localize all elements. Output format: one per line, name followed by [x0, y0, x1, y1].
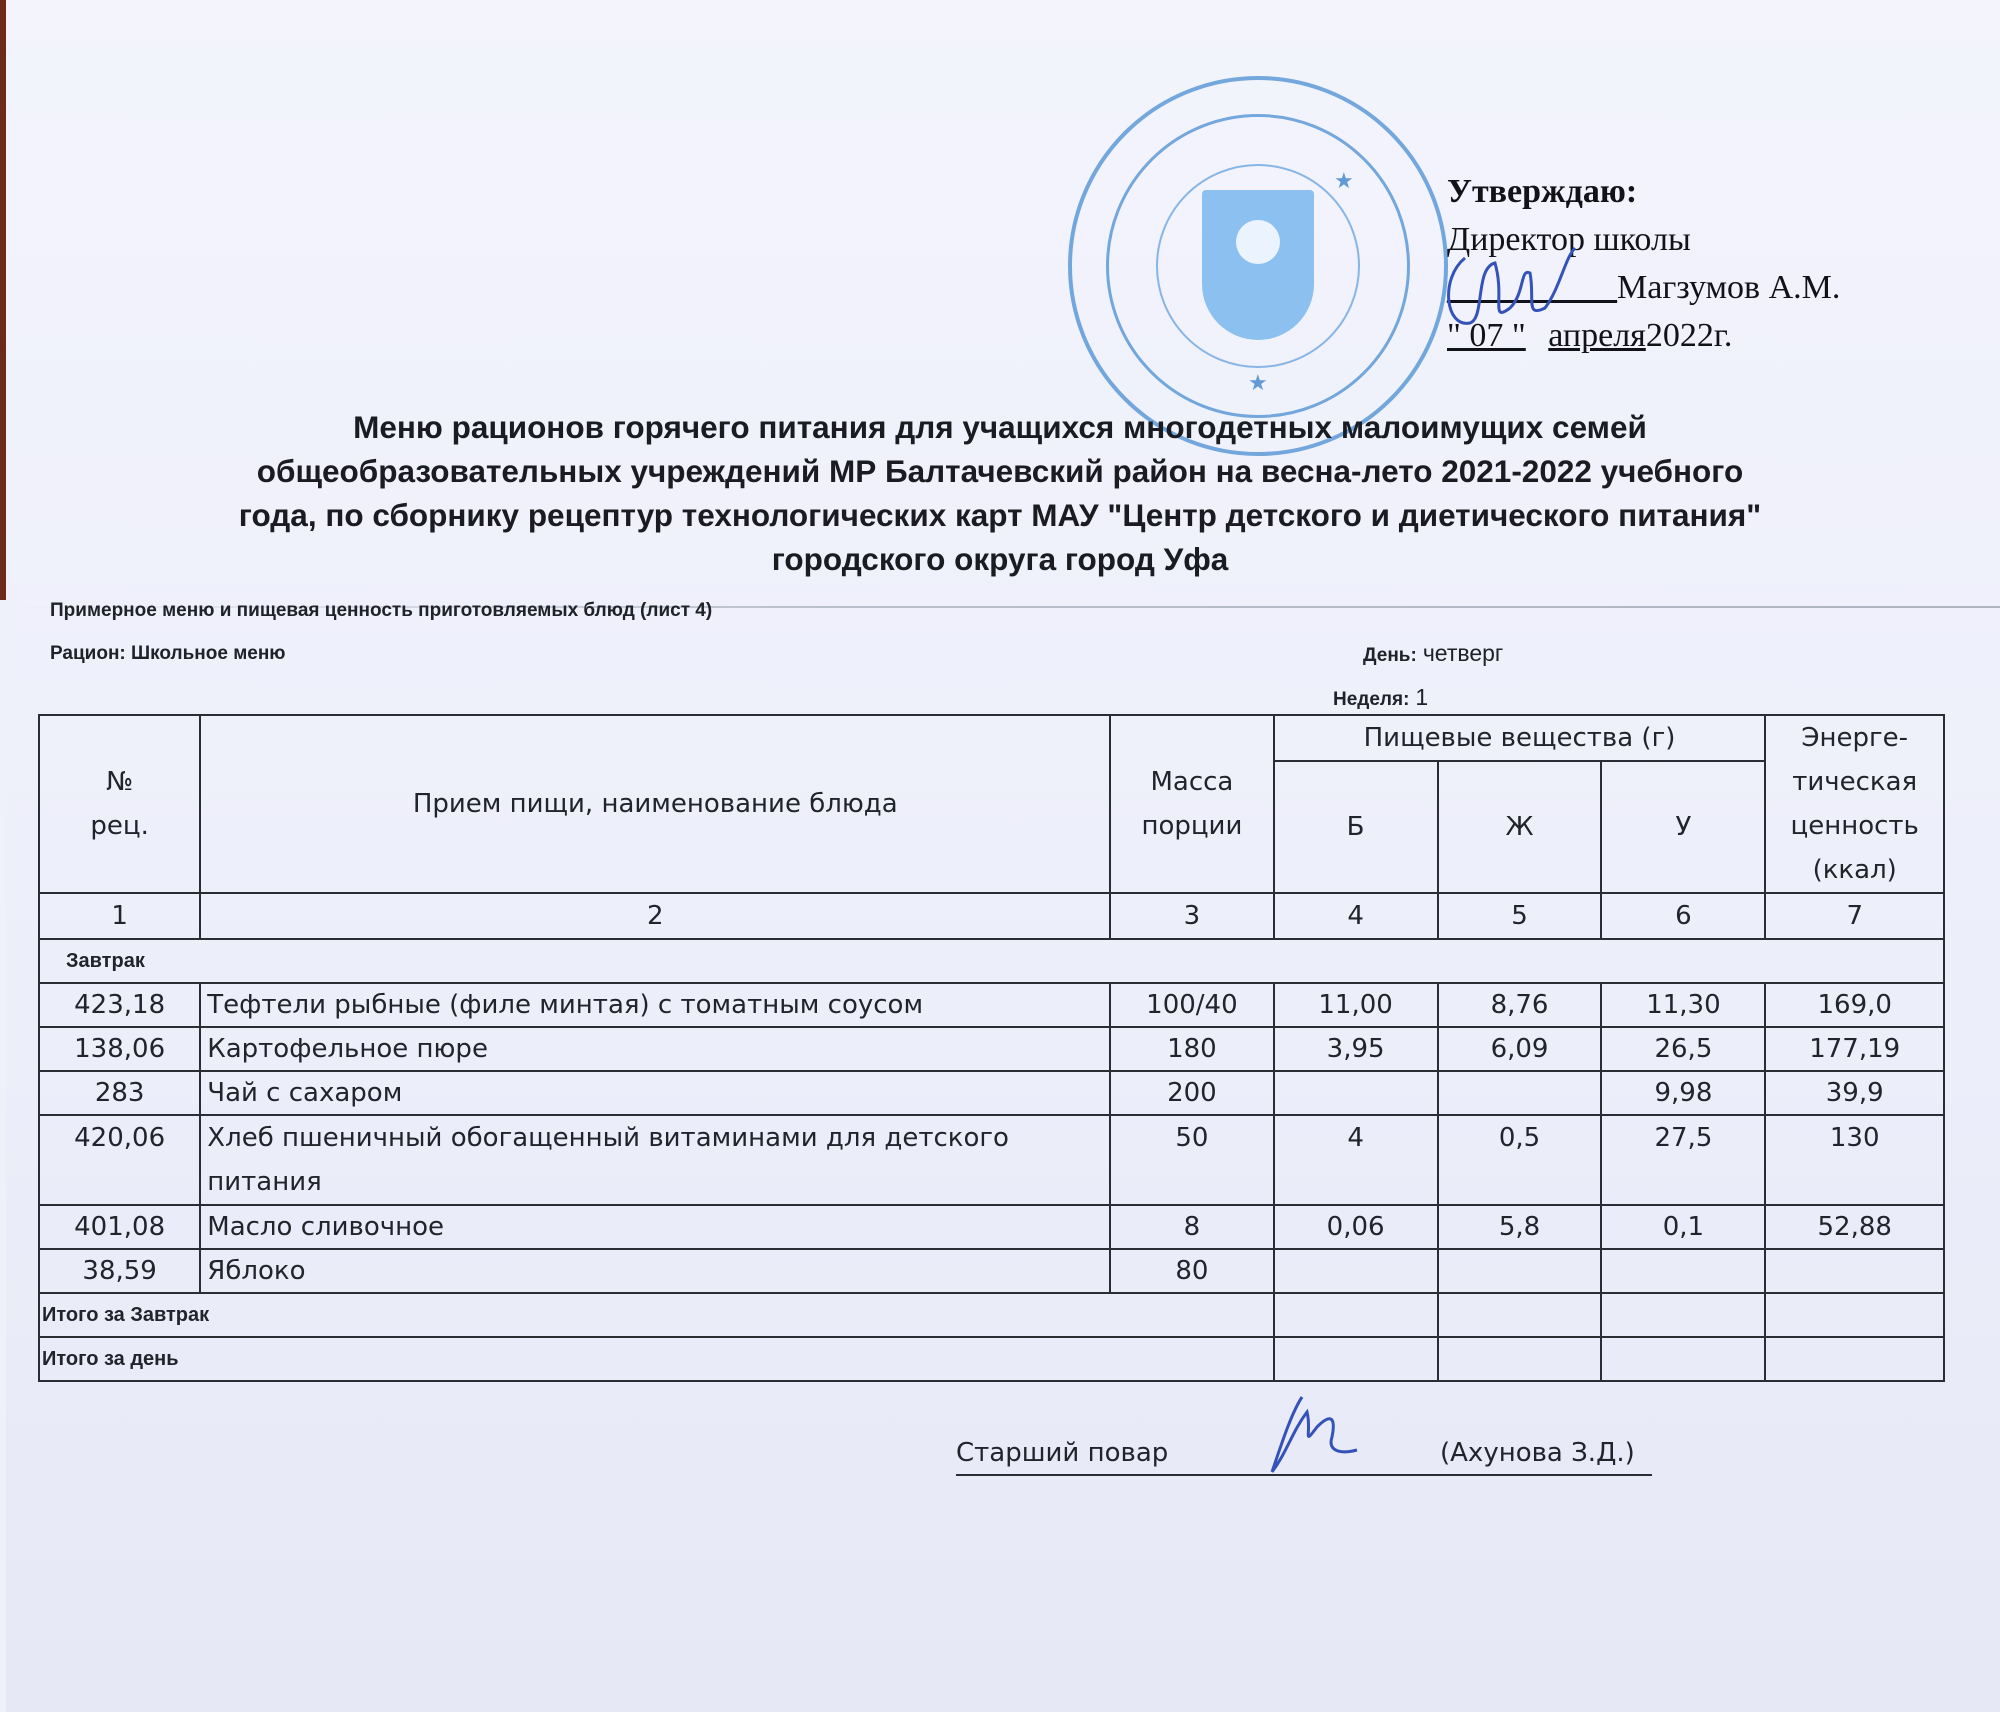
cell-energy: 177,19	[1765, 1027, 1944, 1071]
cell-dish: Тефтели рыбные (филе минтая) с томатным …	[200, 983, 1110, 1027]
cell-carbs: 27,5	[1601, 1115, 1765, 1205]
header-recipe-no: № рец.	[39, 715, 200, 893]
table-row: 283Чай с сахаром2009,9839,9	[39, 1071, 1944, 1115]
cell-dish: Масло сливочное	[200, 1205, 1110, 1249]
column-number-row: 1 2 3 4 5 6 7	[39, 893, 1944, 939]
cell-energy: 39,9	[1765, 1071, 1944, 1115]
sun-emblem-icon	[1236, 220, 1280, 264]
header-text: Энерге-	[1772, 716, 1937, 760]
ration-value: Школьное меню	[131, 643, 286, 664]
header-text: рец.	[46, 804, 193, 848]
column-number: 1	[39, 893, 200, 939]
week-value: 1	[1415, 684, 1428, 710]
cell-recipe: 423,18	[39, 983, 200, 1027]
cell-energy: 130	[1765, 1115, 1944, 1205]
header-text: (ккал)	[1772, 848, 1937, 892]
cook-role: Старший повар	[956, 1438, 1168, 1468]
header-text: тическая	[1772, 760, 1937, 804]
cell-protein: 3,95	[1274, 1027, 1438, 1071]
cell-fat: 6,09	[1438, 1027, 1602, 1071]
cell-fat: 0,5	[1438, 1115, 1602, 1205]
header-portion: Масса порции	[1110, 715, 1273, 893]
section-label: Завтрак	[39, 939, 1944, 983]
menu-table: № рец. Прием пищи, наименование блюда Ма…	[38, 714, 1945, 1382]
cell-recipe: 138,06	[39, 1027, 200, 1071]
cell-protein	[1274, 1249, 1438, 1293]
title-line: общеобразовательных учреждений МР Балтач…	[80, 449, 1920, 493]
dish-rows: 423,18Тефтели рыбные (филе минтая) с том…	[39, 983, 1944, 1293]
total-day-label: Итого за день	[39, 1337, 1274, 1381]
cell-carbs: 9,98	[1601, 1071, 1765, 1115]
total-fat	[1438, 1293, 1602, 1337]
cell-carbs	[1601, 1249, 1765, 1293]
day-carbs	[1601, 1337, 1765, 1381]
cell-protein	[1274, 1071, 1438, 1115]
cell-portion: 180	[1110, 1027, 1273, 1071]
ration-label: Рацион:	[50, 643, 126, 664]
date-year: 2022г.	[1646, 317, 1733, 354]
cell-protein: 4	[1274, 1115, 1438, 1205]
cell-recipe: 401,08	[39, 1205, 200, 1249]
total-day-row: Итого за день	[39, 1337, 1944, 1381]
table-row: 401,08Масло сливочное80,065,80,152,88	[39, 1205, 1944, 1249]
official-seal-icon: ★ ★	[1068, 76, 1448, 456]
header-fat: Ж	[1438, 761, 1602, 893]
column-number: 2	[200, 893, 1110, 939]
cell-dish: Чай с сахаром	[200, 1071, 1110, 1115]
cook-signature-icon	[1232, 1392, 1382, 1482]
week-label: Неделя:	[1333, 689, 1409, 710]
cell-recipe: 38,59	[39, 1249, 200, 1293]
column-number: 4	[1274, 893, 1438, 939]
cell-energy	[1765, 1249, 1944, 1293]
day-value: четверг	[1423, 640, 1503, 666]
cell-fat	[1438, 1249, 1602, 1293]
cell-dish: Картофельное пюре	[200, 1027, 1110, 1071]
cell-protein: 0,06	[1274, 1205, 1438, 1249]
column-number: 3	[1110, 893, 1273, 939]
cook-name: (Ахунова З.Д.)	[1440, 1438, 1635, 1468]
cell-recipe: 420,06	[39, 1115, 200, 1205]
column-number: 6	[1601, 893, 1765, 939]
table-header-row: № рец. Прием пищи, наименование блюда Ма…	[39, 715, 1944, 761]
section-row-breakfast: Завтрак	[39, 939, 1944, 983]
header-dish: Прием пищи, наименование блюда	[200, 715, 1110, 893]
cell-fat	[1438, 1071, 1602, 1115]
week-info: Неделя:1	[1333, 684, 1428, 711]
cell-energy: 52,88	[1765, 1205, 1944, 1249]
table-row: 138,06Картофельное пюре1803,956,0926,517…	[39, 1027, 1944, 1071]
total-protein	[1274, 1293, 1438, 1337]
day-protein	[1274, 1337, 1438, 1381]
header-text: №	[46, 760, 193, 804]
title-line: городского округа город Уфа	[80, 537, 1920, 581]
ration-info: Рацион: Школьное меню	[50, 643, 286, 665]
title-line: года, по сборнику рецептур технологическ…	[80, 493, 1920, 537]
cell-fat: 5,8	[1438, 1205, 1602, 1249]
document-title: Меню рационов горячего питания для учащи…	[80, 405, 1920, 581]
coat-of-arms-icon	[1202, 190, 1314, 340]
cell-protein: 11,00	[1274, 983, 1438, 1027]
title-line: Меню рационов горячего питания для учащи…	[80, 405, 1920, 449]
day-fat	[1438, 1337, 1602, 1381]
star-icon: ★	[1334, 168, 1354, 194]
cell-fat: 8,76	[1438, 983, 1602, 1027]
cell-portion: 100/40	[1110, 983, 1273, 1027]
total-carbs	[1601, 1293, 1765, 1337]
cell-portion: 200	[1110, 1071, 1273, 1115]
day-info: День:четверг	[1363, 640, 1503, 667]
header-text: Масса	[1117, 760, 1266, 804]
header-energy: Энерге- тическая ценность (ккал)	[1765, 715, 1944, 893]
header-protein: Б	[1274, 761, 1438, 893]
header-carbs: У	[1601, 761, 1765, 893]
table-row: 38,59Яблоко80	[39, 1249, 1944, 1293]
column-number: 5	[1438, 893, 1602, 939]
header-nutrients: Пищевые вещества (г)	[1274, 715, 1766, 761]
approval-heading: Утверждаю:	[1447, 168, 1840, 216]
menu-subtitle: Примерное меню и пищевая ценность пригот…	[50, 600, 712, 622]
day-label: День:	[1363, 645, 1417, 666]
cell-portion: 80	[1110, 1249, 1273, 1293]
cell-portion: 8	[1110, 1205, 1273, 1249]
director-signature-icon	[1435, 238, 1585, 338]
total-breakfast-label: Итого за Завтрак	[39, 1293, 1274, 1337]
table-row: 423,18Тефтели рыбные (филе минтая) с том…	[39, 983, 1944, 1027]
star-icon: ★	[1248, 370, 1268, 396]
cell-portion: 50	[1110, 1115, 1273, 1205]
cell-dish: Хлеб пшеничный обогащенный витаминами дл…	[200, 1115, 1110, 1205]
cell-carbs: 11,30	[1601, 983, 1765, 1027]
header-text: порции	[1117, 804, 1266, 848]
approver-name: Магзумов А.М.	[1617, 269, 1840, 306]
total-energy	[1765, 1293, 1944, 1337]
table-row: 420,06Хлеб пшеничный обогащенный витамин…	[39, 1115, 1944, 1205]
cell-carbs: 0,1	[1601, 1205, 1765, 1249]
header-text: ценность	[1772, 804, 1937, 848]
cell-carbs: 26,5	[1601, 1027, 1765, 1071]
cell-recipe: 283	[39, 1071, 200, 1115]
cell-energy: 169,0	[1765, 983, 1944, 1027]
column-number: 7	[1765, 893, 1944, 939]
cell-dish: Яблоко	[200, 1249, 1110, 1293]
total-breakfast-row: Итого за Завтрак	[39, 1293, 1944, 1337]
day-energy	[1765, 1337, 1944, 1381]
